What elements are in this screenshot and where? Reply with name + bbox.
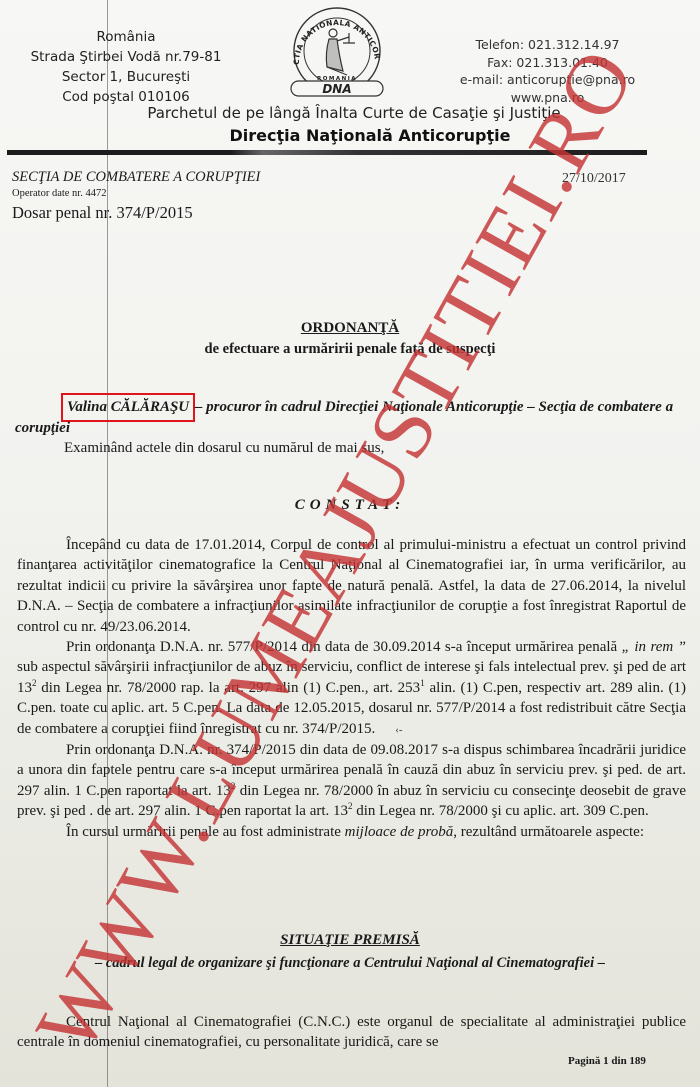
dna-logo: DIRECTIA NATIONALA ANTICORUPTIE ROMANIA … xyxy=(277,3,397,97)
paragraph-4: În cursul urmăririi penale au fost admin… xyxy=(17,822,686,842)
case-number: Dosar penal nr. 374/P/2015 xyxy=(12,203,193,223)
page-indicator: Pagină 1 din 189 xyxy=(568,1055,646,1067)
arrow-mark-icon: ‹- xyxy=(395,724,402,736)
section-heading: SITUAŢIE PREMISĂ xyxy=(0,932,700,949)
svg-text:DNA: DNA xyxy=(322,82,351,96)
paragraph-2: Prin ordonanţa D.N.A. nr. 577/P/2014 din… xyxy=(17,637,686,740)
institution-name: Parchetul de pe lângă Înalta Curte de Ca… xyxy=(124,104,584,122)
constat-heading: CONSTAT: xyxy=(0,497,700,514)
section-name: SECŢIA DE COMBATERE A CORUPŢIEI xyxy=(12,169,260,186)
document-subtitle: de efectuare a urmăririi penale faţă de … xyxy=(0,341,700,358)
address-line: România xyxy=(10,27,242,47)
prosecutor-line: Valina CĂLĂRAŞU – procuror în cadrul Dir… xyxy=(15,397,685,439)
examining-line: Examinând actele din dosarul cu numărul … xyxy=(64,440,384,457)
header-rule xyxy=(7,150,647,155)
justice-figure-icon xyxy=(326,29,355,75)
prosecutor-name-highlighted: Valina CĂLĂRAŞU xyxy=(65,397,191,418)
email: e-mail: anticoruptie@pna.ro xyxy=(415,71,680,89)
document-title: ORDONANŢĂ xyxy=(0,320,700,337)
directorate-name: Direcţia Naţională Anticorupţie xyxy=(170,126,570,145)
cnc-paragraph-block: Centrul Naţional al Cinematografiei (C.N… xyxy=(17,1012,686,1053)
paragraph-1: Începând cu data de 17.01.2014, Corpul d… xyxy=(17,535,686,637)
fax: Fax: 021.313.01.40 xyxy=(415,54,680,72)
phone: Telefon: 021.312.14.97 xyxy=(415,36,680,54)
document-page: România Strada Ştirbei Vodă nr.79-81 Sec… xyxy=(0,0,700,1087)
paragraph-3: Prin ordonanţa D.N.A. nr. 374/P/2015 din… xyxy=(17,740,686,822)
document-date: 27/10/2017 xyxy=(562,171,626,187)
cnc-paragraph: Centrul Naţional al Cinematografiei (C.N… xyxy=(17,1012,686,1053)
address-line: Strada Ştirbei Vodă nr.79-81 xyxy=(10,47,242,67)
section-subheading: – cadrul legal de organizare şi funcţion… xyxy=(0,955,700,972)
contact-block: Telefon: 021.312.14.97 Fax: 021.313.01.4… xyxy=(415,36,680,106)
address-line: Sector 1, Bucureşti xyxy=(10,67,242,87)
body-paragraphs: Începând cu data de 17.01.2014, Corpul d… xyxy=(17,535,686,842)
address-block: România Strada Ştirbei Vodă nr.79-81 Sec… xyxy=(10,27,242,107)
operator-number: Operator date nr. 4472 xyxy=(12,188,106,199)
